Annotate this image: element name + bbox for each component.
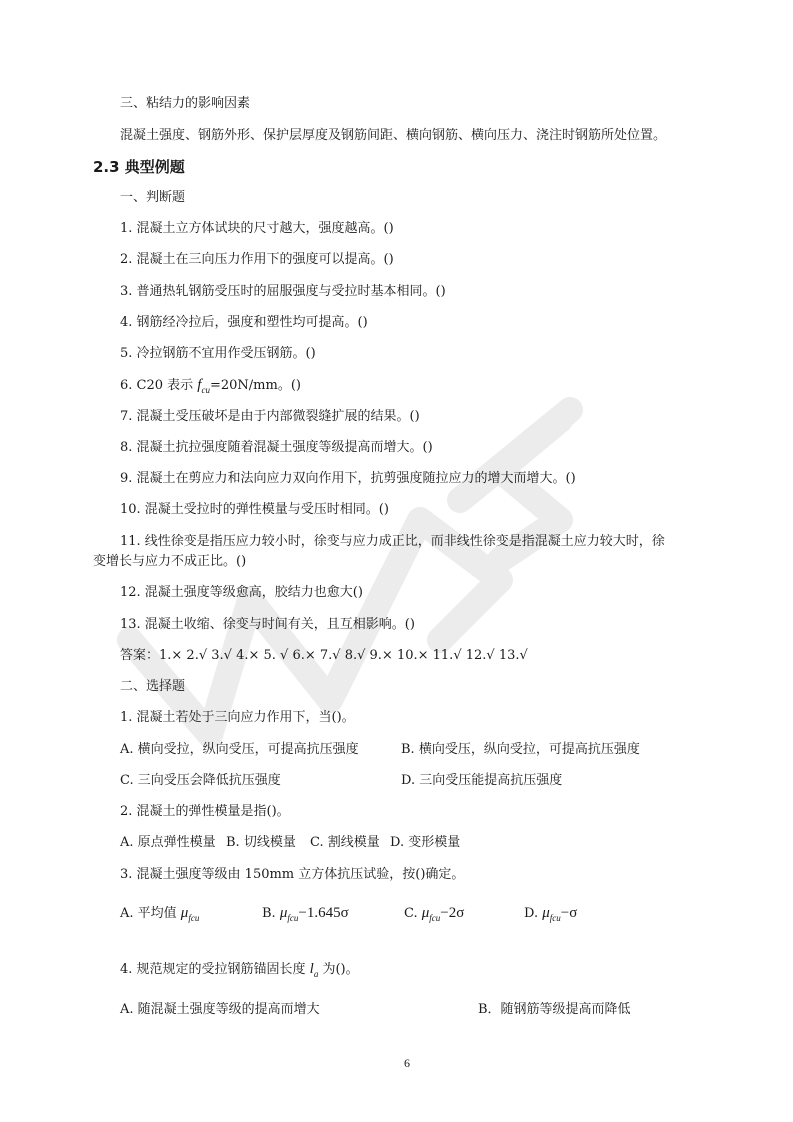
q3-stem: 3. 混凝土强度等级由 150mm 立方体抗压试验，按()确定。 [120, 866, 464, 884]
judgment-item-9: 9. 混凝土在剪应力和法向应力双向作用下，抗剪强度随拉应力的增大而增大。() [120, 470, 576, 488]
q3-d-mu: μ [542, 905, 550, 921]
q2-option-b: B. 切线模量 [226, 834, 296, 852]
q2-stem: 2. 混凝土的弹性模量是指()。 [120, 803, 290, 821]
q4-stem: 4. 规范规定的受拉钢筋锚固长度 la 为()。 [120, 960, 359, 983]
judgment-item-3: 3. 普通热轧钢筋受压时的屈服强度与受拉时基本相同。() [120, 283, 446, 301]
section-heading: 2.3 典型例题 [93, 157, 185, 177]
judgment-answers: 答案：1.× 2.√ 3.√ 4.× 5. √ 6.× 7.√ 8.√ 9.× … [120, 647, 528, 665]
q1-option-d: D. 三向受压能提高抗压强度 [401, 772, 562, 790]
q3-d-sub: fcu [550, 913, 561, 923]
q4-option-b: B．随钢筋等级提高而降低 [478, 1001, 631, 1019]
q3-a-sub: fcu [188, 913, 199, 923]
q3-option-b: B. μfcu−1.645σ [262, 904, 349, 927]
item-6-prefix: 6. C20 表示 [120, 378, 197, 393]
judgment-item-8: 8. 混凝土抗拉强度随着混凝土强度等级提高而增大。() [120, 439, 433, 457]
judgment-item-5: 5. 冷拉钢筋不宜用作受压钢筋。() [120, 345, 316, 363]
q3-d-tail: −σ [561, 905, 578, 921]
q3-d-label: D. [524, 906, 542, 921]
q2-option-d: D. 变形模量 [390, 834, 460, 852]
judgment-item-6: 6. C20 表示 fcu=20N/mm。() [120, 376, 301, 399]
q3-c-sub: fcu [429, 913, 440, 923]
document-page: 三、粘结力的影响因素 混凝土强度、钢筋外形、保护层厚度及钢筋间距、横向钢筋、横向… [0, 0, 793, 1122]
judgment-item-13: 13. 混凝土收缩、徐变与时间有关，且互相影响。() [120, 616, 415, 634]
q4-stem-suffix: 为()。 [318, 962, 358, 977]
q3-b-label: B. [262, 906, 280, 921]
q1-option-b: B. 横向受压，纵向受拉，可提高抗压强度 [401, 741, 640, 759]
judgment-item-10: 10. 混凝土受拉时的弹性模量与受压时相同。() [120, 501, 389, 519]
q4-stem-prefix: 4. 规范规定的受拉钢筋锚固长度 [120, 962, 310, 977]
q3-option-c: C. μfcu−2σ [404, 904, 464, 927]
q4-option-a: A. 随混凝土强度等级的提高而增大 [120, 1001, 320, 1019]
judgment-item-12: 12. 混凝土强度等级愈高，胶结力也愈大() [120, 584, 363, 602]
judgment-item-4: 4. 钢筋经冷拉后，强度和塑性均可提高。() [120, 314, 368, 332]
judgment-item-2: 2. 混凝土在三向压力作用下的强度可以提高。() [120, 251, 394, 269]
q3-c-tail: −2σ [440, 905, 464, 921]
judgment-title: 一、判断题 [120, 189, 185, 207]
judgment-item-7: 7. 混凝土受压破坏是由于内部微裂缝扩展的结果。() [120, 408, 420, 426]
choice-title: 二、选择题 [120, 678, 185, 696]
item-6-sub: cu [201, 385, 210, 395]
section-3-text: 混凝土强度、钢筋外形、保护层厚度及钢筋间距、横向钢筋、横向压力、浇注时钢筋所处位… [120, 127, 666, 145]
q3-a-label: A. 平均值 [120, 906, 181, 921]
q1-stem: 1. 混凝土若处于三向应力作用下，当()。 [120, 709, 355, 727]
q1-option-c: C. 三向受压会降低抗压强度 [120, 772, 281, 790]
q2-option-c: C. 割线模量 [310, 834, 380, 852]
judgment-item-11: 11. 线性徐变是指压应力较小时，徐变与应力成正比，而非线性徐变是指混凝土应力较… [120, 533, 665, 551]
page-number: 6 [404, 1056, 410, 1071]
section-3-title: 三、粘结力的影响因素 [120, 95, 250, 113]
judgment-item-11-cont: 变增长与应力不成正比。() [93, 553, 246, 571]
q3-c-label: C. [404, 906, 422, 921]
judgment-item-1: 1. 混凝土立方体试块的尺寸越大，强度越高。() [120, 220, 394, 238]
q3-option-d: D. μfcu−σ [524, 904, 577, 927]
q3-b-tail: −1.645σ [298, 905, 348, 921]
item-6-suffix: =20N/mm。() [210, 378, 301, 393]
q3-b-sub: fcu [287, 913, 298, 923]
q2-option-a: A. 原点弹性模量 [120, 834, 216, 852]
q3-option-a: A. 平均值 μfcu [120, 904, 199, 927]
q1-option-a: A. 横向受拉，纵向受压，可提高抗压强度 [120, 741, 359, 759]
